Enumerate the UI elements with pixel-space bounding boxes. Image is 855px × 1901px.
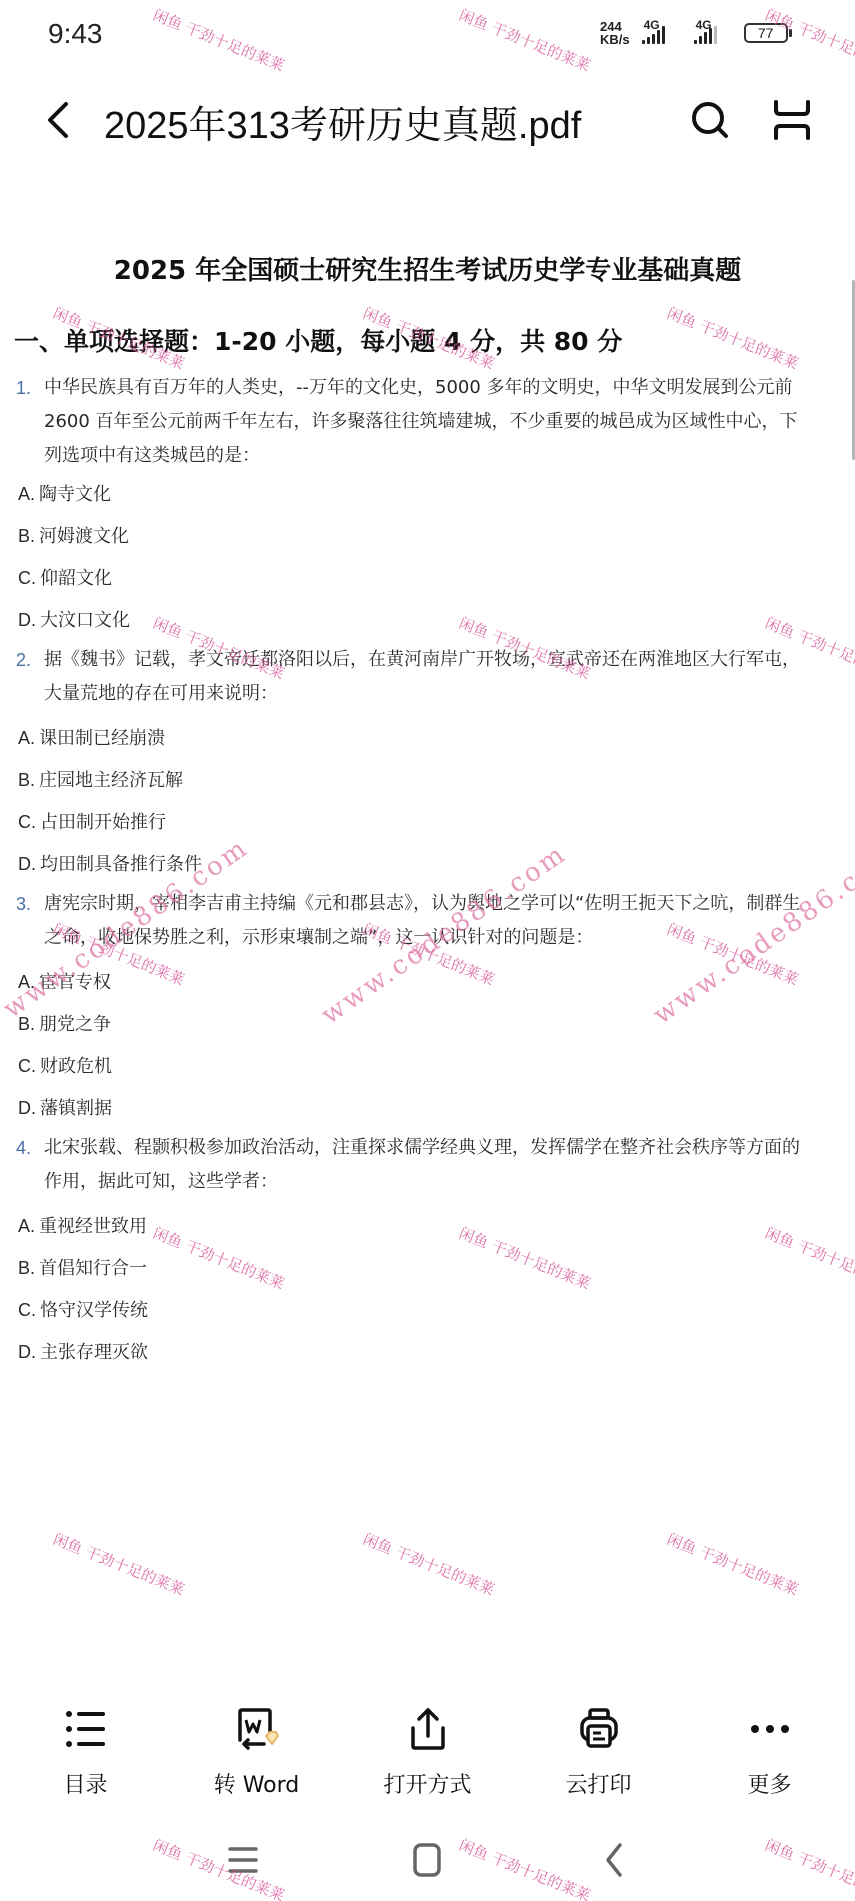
- option-1d: D.大汶口文化: [18, 606, 130, 632]
- question-number: 3.: [16, 894, 31, 915]
- option-3b: B.朋党之争: [18, 1010, 111, 1036]
- search-icon: [686, 96, 734, 144]
- option-2a: A.课田制已经崩溃: [18, 724, 165, 750]
- document-title: 2025 年全国硕士研究生招生考试历史学专业基础真题: [0, 250, 855, 287]
- file-title: 2025年313考研历史真题.pdf: [104, 94, 581, 149]
- convert-word-label: 转 Word: [214, 1768, 300, 1799]
- question-text: 唐宪宗时期，宰相李吉甫主持编《元和郡县志》，认为舆地之学可以“佐明王扼天下之吭，…: [44, 887, 814, 955]
- more-button[interactable]: 更多: [684, 1690, 855, 1810]
- list-icon: [63, 1706, 109, 1752]
- printer-icon: [576, 1706, 622, 1752]
- chevron-left-icon: [40, 96, 80, 144]
- question-text: 北宋张载、程颢积极参加政治活动，注重探求儒学经典义理，发挥儒学在整齐社会秩序等方…: [44, 1131, 814, 1199]
- app-header: 2025年313考研历史真题.pdf: [0, 80, 855, 160]
- share-icon: [405, 1706, 451, 1752]
- search-button[interactable]: [686, 96, 734, 144]
- convert-word-button[interactable]: 转 Word: [171, 1690, 342, 1810]
- back-button[interactable]: [40, 96, 80, 144]
- cloud-print-label: 云打印: [565, 1768, 631, 1799]
- option-4a: A.重视经世致用: [18, 1212, 147, 1238]
- option-2b: B.庄园地主经济瓦解: [18, 766, 183, 792]
- open-with-label: 打开方式: [383, 1768, 471, 1799]
- fit-width-button[interactable]: [768, 96, 816, 144]
- status-bar: 9:43 244 KB/s 4G 4G 77: [0, 0, 855, 70]
- option-3c: C.财政危机: [18, 1052, 112, 1078]
- home-button[interactable]: [402, 1835, 452, 1885]
- question-number: 1.: [16, 378, 31, 399]
- option-4c: C.恪守汉学传统: [18, 1296, 148, 1322]
- pdf-viewer[interactable]: 2025 年全国硕士研究生招生考试历史学专业基础真题 一、单项选择题：1-20 …: [0, 170, 855, 1670]
- option-3d: D.藩镇割据: [18, 1094, 112, 1120]
- back-icon: [590, 1835, 640, 1885]
- option-1a: A.陶寺文化: [18, 480, 111, 506]
- status-indicators: 244 KB/s 4G 4G 77: [600, 20, 792, 46]
- question-number: 2.: [16, 650, 31, 671]
- option-2d: D.均田制具备推行条件: [18, 850, 202, 876]
- toc-label: 目录: [63, 1768, 107, 1799]
- recents-button[interactable]: [218, 1835, 268, 1885]
- toc-button[interactable]: 目录: [0, 1690, 171, 1810]
- system-nav-bar: [0, 1825, 855, 1901]
- cloud-print-button[interactable]: 云打印: [513, 1690, 684, 1810]
- option-4d: D.主张存理灭欲: [18, 1338, 148, 1364]
- convert-word-icon: [234, 1706, 280, 1752]
- bottom-toolbar: 目录 转 Word 打开方式 云打印 更多: [0, 1690, 855, 1810]
- option-3a: A.宦官专权: [18, 968, 111, 994]
- fit-width-icon: [768, 96, 816, 144]
- signal-icon-sim2: 4G: [692, 22, 734, 44]
- question-text: 据《魏书》记载，孝文帝迁都洛阳以后，在黄河南岸广开牧场，宣武帝还在两淮地区大行军…: [44, 643, 814, 711]
- battery-icon: 77: [744, 23, 792, 43]
- nav-back-button[interactable]: [590, 1835, 640, 1885]
- question-number: 4.: [16, 1138, 31, 1159]
- battery-level: 77: [744, 23, 788, 43]
- status-time: 9:43: [48, 18, 103, 50]
- network-speed: 244 KB/s: [600, 20, 630, 46]
- option-1c: C.仰韶文化: [18, 564, 112, 590]
- signal-icon-sim1: 4G: [640, 22, 682, 44]
- recents-icon: [218, 1835, 268, 1885]
- home-icon: [402, 1835, 452, 1885]
- more-label: 更多: [747, 1768, 791, 1799]
- option-4b: B.首倡知行合一: [18, 1254, 147, 1280]
- more-icon: [747, 1706, 793, 1752]
- option-2c: C.占田制开始推行: [18, 808, 166, 834]
- open-with-button[interactable]: 打开方式: [342, 1690, 513, 1810]
- section-title: 一、单项选择题：1-20 小题，每小题 4 分，共 80 分: [14, 322, 622, 358]
- option-1b: B.河姆渡文化: [18, 522, 129, 548]
- question-text: 中华民族具有百万年的人类史，--万年的文化史，5000 多年的文明史，中华文明发…: [44, 371, 814, 473]
